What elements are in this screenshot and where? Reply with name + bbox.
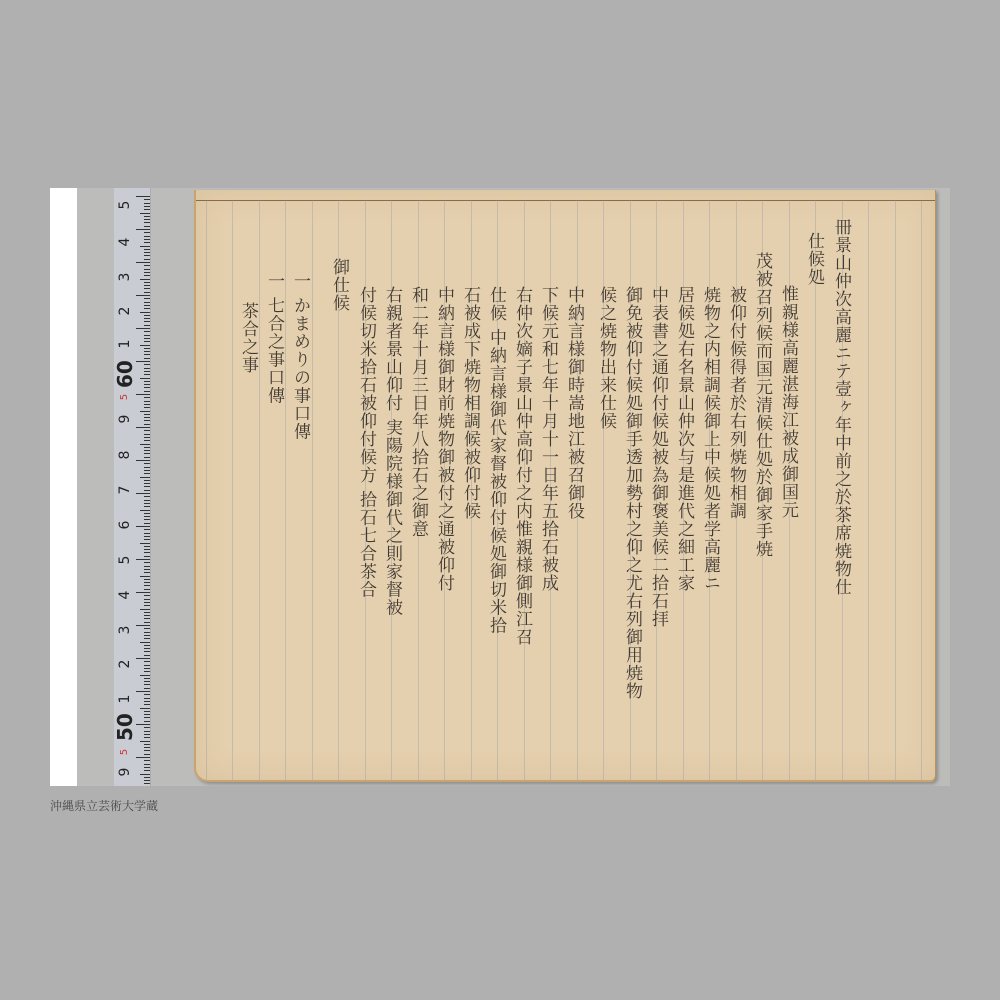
- page-ruled-line: [868, 200, 869, 780]
- manuscript-photo: 543216059876543215059 冊景山仲次高麗ニテ壹ヶ年中前之於茶席…: [50, 188, 950, 786]
- ruler-tick: [144, 671, 150, 672]
- ruler-tick: [144, 483, 150, 484]
- manuscript-column: 右仲次嫡子景山仲高仰付之内惟親様御側江召: [513, 286, 530, 646]
- ruler-tick: [144, 704, 150, 705]
- ruler-tick: [144, 721, 150, 722]
- ruler-tick: [140, 279, 150, 280]
- ruler-tick: [144, 750, 150, 751]
- ruler-tick: [144, 226, 150, 227]
- ruler-tick: [140, 477, 150, 478]
- ruler-tick: [144, 506, 150, 507]
- ruler-tick: [140, 213, 150, 214]
- ruler-tick: [144, 371, 150, 372]
- manuscript-column: 茶合之事: [239, 302, 256, 374]
- ruler-tick: [144, 325, 150, 326]
- ruler-tick: [140, 576, 150, 577]
- ruler-tick: [144, 734, 150, 735]
- ruler-label: 8: [118, 446, 132, 464]
- ruler-tick: [144, 513, 150, 514]
- ruler-label: 9: [118, 763, 132, 781]
- manuscript-column: 仕候処: [805, 232, 822, 286]
- ruler-tick: [140, 708, 150, 709]
- ruler-tick: [144, 717, 150, 718]
- ruler-tick: [144, 252, 150, 253]
- ruler-tick: [144, 288, 150, 289]
- ruler-tick: [136, 427, 150, 428]
- manuscript-column: 居候処右名景山仲次与是進代之細工家: [675, 286, 692, 592]
- ruler-tick: [140, 411, 150, 412]
- ruler-tick: [136, 559, 150, 560]
- collection-credit-caption: 沖縄県立芸術大学蔵: [50, 797, 158, 814]
- ruler-tick: [144, 519, 150, 520]
- ruler-tick: [144, 417, 150, 418]
- ruler-tick: [144, 737, 150, 738]
- ruler-tick: [144, 414, 150, 415]
- ruler-tick: [144, 453, 150, 454]
- page-top-rule: [196, 200, 935, 201]
- ruler-tick: [144, 589, 150, 590]
- manuscript-column: 中表書之通仰付候処被為御褒美候二拾石拝: [649, 286, 666, 628]
- ruler-tick: [144, 727, 150, 728]
- ruler-label: 3: [118, 268, 132, 286]
- ruler-tick: [140, 642, 150, 643]
- ruler-tick: [144, 678, 150, 679]
- ruler-tick: [144, 602, 150, 603]
- ruler-tick: [144, 599, 150, 600]
- ruler-tick: [144, 275, 150, 276]
- ruler-tick: [140, 741, 150, 742]
- ruler-tick: [136, 196, 150, 197]
- ruler-tick: [136, 328, 150, 329]
- ruler-tick: [144, 556, 150, 557]
- manuscript-page: 冊景山仲次高麗ニテ壹ヶ年中前之於茶席焼物仕仕候処惟親様高麗湛海江被成御国元茂被召…: [194, 190, 936, 782]
- ruler-tick: [144, 467, 150, 468]
- ruler-tick: [144, 638, 150, 639]
- manuscript-column: 石被成下焼物相調候被仰付候: [461, 286, 478, 520]
- ruler-tick: [144, 760, 150, 761]
- ruler-tick: [144, 354, 150, 355]
- ruler-tick: [144, 536, 150, 537]
- ruler-tick: [140, 246, 150, 247]
- ruler-tick: [144, 496, 150, 497]
- ruler-tick: [144, 404, 150, 405]
- manuscript-column: 中納言様御財前焼物御被付之通被仰付: [435, 286, 452, 592]
- ruler-tick: [144, 222, 150, 223]
- ruler-tick: [136, 658, 150, 659]
- ruler-tick: [136, 625, 150, 626]
- ruler-tick: [136, 229, 150, 230]
- ruler-tick: [144, 199, 150, 200]
- ruler-tick: [144, 437, 150, 438]
- page-ruled-line: [312, 200, 313, 780]
- ruler-tick: [144, 401, 150, 402]
- ruler-tick: [144, 585, 150, 586]
- ruler-tick: [144, 582, 150, 583]
- manuscript-column: 和二年十月三日年八拾石之御意: [409, 286, 426, 538]
- ruler-tick: [144, 579, 150, 580]
- manuscript-column: 一 かまめりの事口傳: [291, 272, 308, 440]
- ruler-label: 1: [118, 335, 132, 353]
- manuscript-column: 御仕候: [330, 258, 347, 312]
- ruler-label: 5: [118, 743, 132, 761]
- manuscript-column: 惟親様高麗湛海江被成御国元: [779, 285, 796, 519]
- ruler-tick: [144, 338, 150, 339]
- ruler-tick: [144, 777, 150, 778]
- page-ruled-line: [259, 200, 260, 780]
- ruler-tick: [144, 698, 150, 699]
- ruler-tick: [136, 394, 150, 395]
- ruler-tick: [136, 691, 150, 692]
- ruler-tick: [144, 711, 150, 712]
- ruler-tick: [144, 447, 150, 448]
- ruler-tick: [144, 420, 150, 421]
- manuscript-column: 中納言様御時嵩地江被召御役: [565, 286, 582, 520]
- ruler-tick: [144, 500, 150, 501]
- ruler-tick: [144, 387, 150, 388]
- ruler-tick: [144, 285, 150, 286]
- ruler-tick: [144, 701, 150, 702]
- ruler-tick: [136, 724, 150, 725]
- ruler-tick: [144, 331, 150, 332]
- ruler-tick: [144, 381, 150, 382]
- ruler-tick: [144, 206, 150, 207]
- ruler-tick: [144, 430, 150, 431]
- ruler-tick: [144, 539, 150, 540]
- ruler-tick: [144, 566, 150, 567]
- ruler-tick: [136, 361, 150, 362]
- ruler-tick: [144, 440, 150, 441]
- ruler-tick: [144, 269, 150, 270]
- ruler-tick: [144, 783, 150, 784]
- ruler-label: 9: [118, 410, 132, 428]
- ruler-tick: [140, 378, 150, 379]
- ruler-tick: [144, 618, 150, 619]
- ruler-tick: [144, 364, 150, 365]
- ruler-label: 4: [118, 586, 132, 604]
- page-ruled-line: [285, 200, 286, 780]
- page-ruled-line: [895, 200, 896, 780]
- ruler-tick: [144, 232, 150, 233]
- ruler-tick: [144, 384, 150, 385]
- ruler-tick: [144, 308, 150, 309]
- manuscript-column: 候之焼物出来仕候: [597, 286, 614, 430]
- ruler-tick: [140, 609, 150, 610]
- ruler-tick: [140, 510, 150, 511]
- ruler-tick: [144, 681, 150, 682]
- ruler-label: 7: [118, 481, 132, 499]
- ruler-tick: [144, 780, 150, 781]
- ruler-tick: [144, 562, 150, 563]
- ruler-tick: [144, 744, 150, 745]
- ruler-tick: [144, 661, 150, 662]
- ruler-tick: [144, 480, 150, 481]
- ruler-tick: [144, 645, 150, 646]
- ruler-tick: [144, 529, 150, 530]
- ruler-tick: [136, 460, 150, 461]
- ruler-tick: [144, 595, 150, 596]
- ruler-tick: [144, 463, 150, 464]
- ruler-tick: [144, 216, 150, 217]
- ruler-tick: [144, 764, 150, 765]
- ruler-tick: [144, 503, 150, 504]
- ruler-tick: [144, 546, 150, 547]
- ruler-tick: [144, 714, 150, 715]
- ruler-tick: [144, 203, 150, 204]
- ruler-tick: [144, 665, 150, 666]
- ruler-tick: [144, 348, 150, 349]
- ruler-tick: [144, 655, 150, 656]
- manuscript-column: 御免被仰付候処御手透加勢村之仰之尤右列御用焼物: [623, 286, 640, 700]
- white-backing-strip: [50, 188, 77, 786]
- ruler-tick: [144, 615, 150, 616]
- ruler-tick: [144, 523, 150, 524]
- manuscript-column: 被仰付候得者於右列焼物相調: [727, 286, 744, 520]
- ruler-tick: [144, 688, 150, 689]
- ruler-tick: [144, 622, 150, 623]
- ruler-tick: [144, 219, 150, 220]
- ruler-tick: [144, 668, 150, 669]
- page-ruled-line: [815, 200, 816, 780]
- ruler-tick: [144, 549, 150, 550]
- ruler-tick: [136, 757, 150, 758]
- ruler-tick: [144, 341, 150, 342]
- ruler-tick: [144, 391, 150, 392]
- manuscript-column: 茂被召列候而国元清候仕処於御家手焼: [753, 252, 770, 558]
- ruler-tick: [136, 295, 150, 296]
- manuscript-column: 右親者景山仰付 実陽院様御代之則家督被: [383, 286, 400, 616]
- ruler-tick: [144, 209, 150, 210]
- ruler-label: 60: [118, 370, 132, 388]
- ruler-tick: [140, 675, 150, 676]
- ruler-tick: [144, 242, 150, 243]
- ruler-tick: [144, 731, 150, 732]
- ruler-tick: [144, 335, 150, 336]
- ruler-tick: [144, 635, 150, 636]
- ruler-tick: [144, 265, 150, 266]
- ruler-tick: [144, 236, 150, 237]
- ruler-tick: [144, 259, 150, 260]
- ruler-tick: [144, 282, 150, 283]
- ruler-tick: [144, 490, 150, 491]
- ruler-tick: [144, 473, 150, 474]
- ruler-tick: [144, 552, 150, 553]
- ruler-tick: [144, 648, 150, 649]
- ruler-tick: [144, 255, 150, 256]
- ruler-label: 5: [118, 551, 132, 569]
- measuring-ruler: 543216059876543215059: [114, 188, 151, 786]
- ruler-tick: [144, 533, 150, 534]
- ruler-label: 5: [118, 388, 132, 406]
- ruler-tick: [144, 457, 150, 458]
- ruler-tick: [144, 612, 150, 613]
- ruler-tick: [144, 302, 150, 303]
- ruler-tick: [140, 444, 150, 445]
- ruler-tick: [144, 450, 150, 451]
- ruler-tick: [144, 424, 150, 425]
- ruler-tick: [144, 572, 150, 573]
- manuscript-column: 付候切米拾石被仰付候方 拾石七合茶合: [357, 286, 374, 598]
- ruler-label: 3: [118, 621, 132, 639]
- ruler-tick: [144, 292, 150, 293]
- ruler-tick: [144, 358, 150, 359]
- ruler-tick: [144, 374, 150, 375]
- ruler-tick: [144, 298, 150, 299]
- ruler-tick: [144, 651, 150, 652]
- ruler-tick: [144, 632, 150, 633]
- ruler-label: 5: [118, 196, 132, 214]
- page-ruled-line: [921, 200, 922, 780]
- ruler-tick: [144, 628, 150, 629]
- manuscript-column: 下候元和七年十月十一日年五拾石被成: [539, 286, 556, 592]
- ruler-tick: [144, 321, 150, 322]
- ruler-label: 1: [118, 690, 132, 708]
- ruler-tick: [140, 312, 150, 313]
- ruler-tick: [144, 305, 150, 306]
- ruler-tick: [144, 747, 150, 748]
- ruler-label: 2: [118, 302, 132, 320]
- ruler-tick: [144, 434, 150, 435]
- ruler-tick: [140, 774, 150, 775]
- ruler-tick: [144, 754, 150, 755]
- ruler-tick: [144, 397, 150, 398]
- ruler-label: 2: [118, 655, 132, 673]
- ruler-tick: [136, 262, 150, 263]
- ruler-tick: [144, 315, 150, 316]
- page-ruled-line: [232, 200, 233, 780]
- ruler-tick: [144, 605, 150, 606]
- ruler-tick: [144, 318, 150, 319]
- ruler-tick: [144, 516, 150, 517]
- ruler-tick: [144, 486, 150, 487]
- page-ruled-line: [206, 200, 207, 780]
- ruler-tick: [144, 470, 150, 471]
- ruler-tick: [144, 272, 150, 273]
- ruler-tick: [144, 249, 150, 250]
- ruler-tick: [144, 694, 150, 695]
- manuscript-column: 一 七合之事口傳: [265, 272, 282, 404]
- ruler-tick: [136, 592, 150, 593]
- manuscript-column: 冊景山仲次高麗ニテ壹ヶ年中前之於茶席焼物仕: [832, 218, 849, 596]
- ruler-label: 6: [118, 516, 132, 534]
- ruler-label: 4: [118, 233, 132, 251]
- ruler-tick: [144, 368, 150, 369]
- ruler-label: 50: [118, 723, 132, 741]
- ruler-tick: [144, 407, 150, 408]
- ruler-tick: [144, 569, 150, 570]
- manuscript-column: 焼物之内相調候御上中候処者学高麗ニ: [701, 286, 718, 592]
- ruler-tick: [144, 239, 150, 240]
- ruler-tick: [140, 543, 150, 544]
- ruler-tick: [144, 770, 150, 771]
- ruler-tick: [144, 351, 150, 352]
- ruler-tick: [136, 493, 150, 494]
- ruler-tick: [144, 684, 150, 685]
- ruler-tick: [144, 767, 150, 768]
- ruler-tick: [140, 345, 150, 346]
- manuscript-column: 仕候 中納言様御代家督被仰付候処御切米拾: [487, 286, 504, 634]
- ruler-tick: [136, 526, 150, 527]
